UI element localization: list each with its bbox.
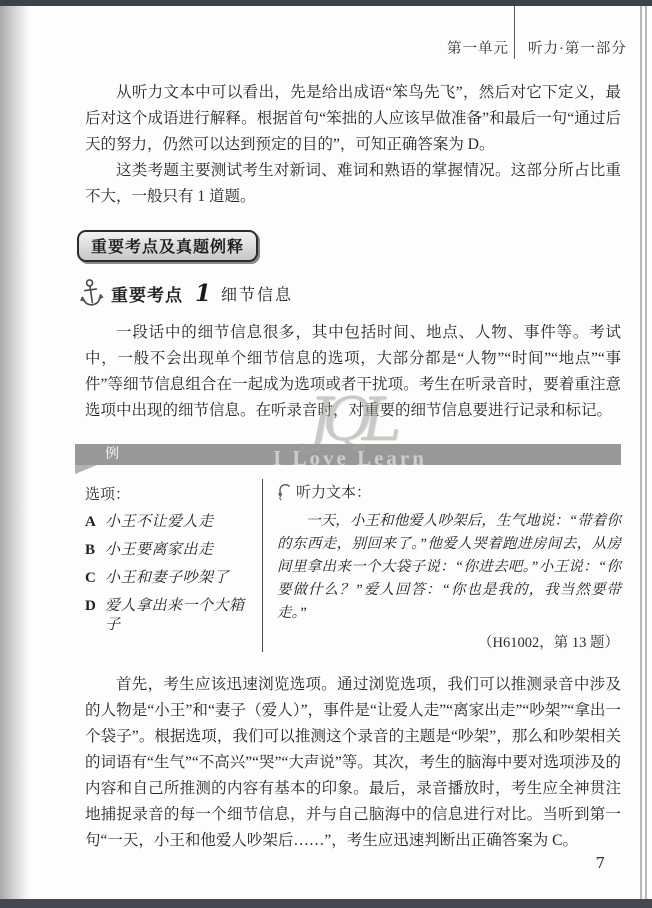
option-key: D [85,597,105,635]
listening-title: 听力文本： [296,481,371,502]
example-ribbon: 例 [75,444,621,465]
headphone-icon [277,482,293,502]
listening-text: 一天，小王和他爱人吵架后，生气地说：“带着你的东西走，别回来了。”他爱人哭着跑进… [277,510,621,625]
listening-heading: 听力文本： [277,481,621,502]
page-edge-line [640,6,642,899]
option-text: 爱人拿出来一个大箱子 [105,597,252,635]
section-tag: 重要考点及真题例释 [77,230,258,262]
options-title: 选项： [85,483,252,504]
option-key: A [85,513,105,532]
option-row-c: C 小王和妻子吵架了 [85,569,252,588]
anchor-icon [77,276,105,309]
header-section: 听力·第一部分 [528,37,627,58]
example-ribbon-label: 例 [105,447,121,462]
keypoint-heading: 重要考点 1 细节信息 [79,278,621,308]
paragraph-analysis: 首先，考生应该迅速浏览选项。通过浏览选项，我们可以推测录音中涉及的人物是“小王”… [85,672,621,854]
option-text: 小王和妻子吵架了 [105,569,229,588]
page-edge-bottom [0,899,652,908]
option-key: C [85,569,105,588]
source-citation: （H61002，第 13 题） [277,631,621,652]
option-key: B [85,541,105,560]
keypoint-label: 重要考点 [111,281,183,306]
paragraph-answer-explanation: 从听力文本中可以看出，先是给出成语“笨鸟先飞”，然后对它下定义，最后对这个成语进… [85,80,621,158]
page-edge-line [645,6,647,899]
book-page: 第一单元 听力·第一部分 JQL I Love Learn 从听力文本中可以看出… [0,0,652,908]
page-edge-top [0,0,652,6]
option-row-d: D 爱人拿出来一个大箱子 [85,597,252,635]
keypoint-title: 细节信息 [221,282,293,305]
paragraph-detail-info: 一段话中的细节信息很多，其中包括时间、地点、人物、事件等。考试中，一般不会出现单… [85,320,621,424]
keypoint-number: 1 [195,280,211,307]
example-block: 选项： A 小王不让爱人走 B 小王要离家出走 C 小王和妻子吵架了 D 爱人拿… [85,479,621,652]
option-row-a: A 小王不让爱人走 [85,513,252,532]
page-number: 7 [595,854,605,872]
book-spine-shadow [0,6,30,899]
header-divider [514,6,515,59]
option-text: 小王要离家出走 [105,541,214,560]
options-column: 选项： A 小王不让爱人走 B 小王要离家出走 C 小王和妻子吵架了 D 爱人拿… [85,479,263,652]
option-text: 小王不让爱人走 [105,513,214,532]
page-content: 从听力文本中可以看出，先是给出成语“笨鸟先飞”，然后对它下定义，最后对这个成语进… [85,80,621,854]
paragraph-question-type: 这类考题主要测试考生对新词、难词和熟语的掌握情况。这部分所占比重不大，一般只有 … [85,158,621,210]
header-unit: 第一单元 [447,37,509,58]
option-row-b: B 小王要离家出走 [85,541,252,560]
listening-column: 听力文本： 一天，小王和他爱人吵架后，生气地说：“带着你的东西走，别回来了。”他… [263,479,621,652]
